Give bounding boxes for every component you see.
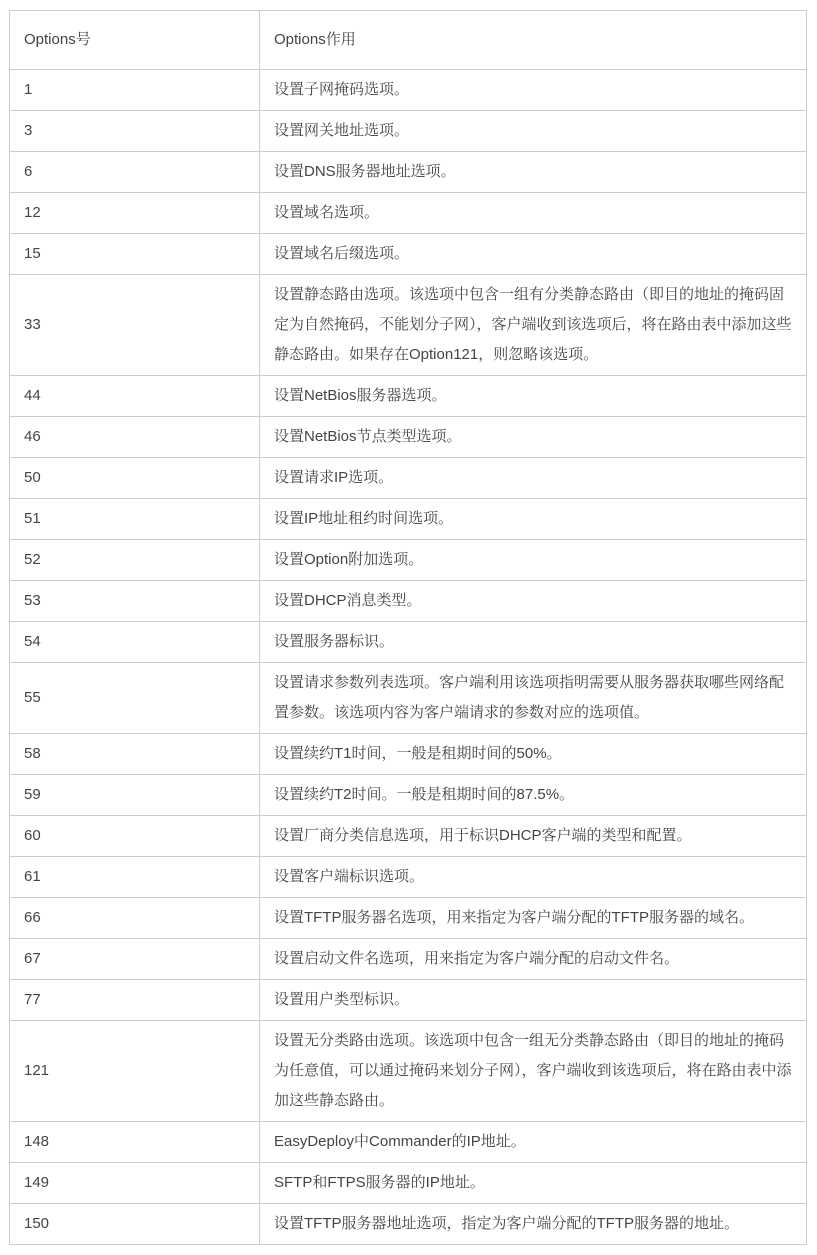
option-number-cell: 77 — [10, 980, 260, 1021]
option-description-cell: 设置DHCP消息类型。 — [260, 581, 807, 622]
option-description-cell: 设置用户类型标识。 — [260, 980, 807, 1021]
table-row: 44设置NetBios服务器选项。 — [10, 376, 807, 417]
table-row: 67设置启动文件名选项，用来指定为客户端分配的启动文件名。 — [10, 939, 807, 980]
option-description-cell: 设置TFTP服务器名选项，用来指定为客户端分配的TFTP服务器的域名。 — [260, 898, 807, 939]
table-row: 59设置续约T2时间。一般是租期时间的87.5%。 — [10, 775, 807, 816]
option-number-cell: 44 — [10, 376, 260, 417]
option-number-cell: 46 — [10, 417, 260, 458]
option-number-cell: 52 — [10, 540, 260, 581]
table-row: 77设置用户类型标识。 — [10, 980, 807, 1021]
option-description-cell: 设置静态路由选项。该选项中包含一组有分类静态路由（即目的地址的掩码固定为自然掩码… — [260, 275, 807, 376]
option-description-cell: 设置网关地址选项。 — [260, 111, 807, 152]
table-row: 149SFTP和FTPS服务器的IP地址。 — [10, 1163, 807, 1204]
option-description-cell: EasyDeploy中Commander的IP地址。 — [260, 1122, 807, 1163]
table-row: 54设置服务器标识。 — [10, 622, 807, 663]
table-row: 15设置域名后缀选项。 — [10, 234, 807, 275]
option-number-cell: 148 — [10, 1122, 260, 1163]
option-number-cell: 55 — [10, 663, 260, 734]
option-description-cell: 设置NetBios服务器选项。 — [260, 376, 807, 417]
option-description-cell: 设置厂商分类信息选项，用于标识DHCP客户端的类型和配置。 — [260, 816, 807, 857]
table-row: 6设置DNS服务器地址选项。 — [10, 152, 807, 193]
option-description-cell: 设置域名后缀选项。 — [260, 234, 807, 275]
option-number-cell: 54 — [10, 622, 260, 663]
option-number-cell: 12 — [10, 193, 260, 234]
table-row: 46设置NetBios节点类型选项。 — [10, 417, 807, 458]
option-description-cell: 设置请求IP选项。 — [260, 458, 807, 499]
table-row: 121设置无分类路由选项。该选项中包含一组无分类静态路由（即目的地址的掩码为任意… — [10, 1021, 807, 1122]
dhcp-options-table: Options号 Options作用 1设置子网掩码选项。3设置网关地址选项。6… — [9, 10, 807, 1245]
option-number-cell: 15 — [10, 234, 260, 275]
option-number-cell: 3 — [10, 111, 260, 152]
table-row: 51设置IP地址租约时间选项。 — [10, 499, 807, 540]
table-row: 53设置DHCP消息类型。 — [10, 581, 807, 622]
option-description-cell: 设置NetBios节点类型选项。 — [260, 417, 807, 458]
table-row: 58设置续约T1时间，一般是租期时间的50%。 — [10, 734, 807, 775]
table-row: 50设置请求IP选项。 — [10, 458, 807, 499]
table-row: 61设置客户端标识选项。 — [10, 857, 807, 898]
option-description-cell: 设置续约T1时间，一般是租期时间的50%。 — [260, 734, 807, 775]
option-description-cell: 设置服务器标识。 — [260, 622, 807, 663]
column-header-options-function: Options作用 — [260, 11, 807, 70]
option-number-cell: 51 — [10, 499, 260, 540]
option-number-cell: 1 — [10, 70, 260, 111]
option-description-cell: 设置域名选项。 — [260, 193, 807, 234]
table-row: 52设置Option附加选项。 — [10, 540, 807, 581]
option-description-cell: 设置请求参数列表选项。客户端利用该选项指明需要从服务器获取哪些网络配置参数。该选… — [260, 663, 807, 734]
table-row: 55设置请求参数列表选项。客户端利用该选项指明需要从服务器获取哪些网络配置参数。… — [10, 663, 807, 734]
option-description-cell: 设置子网掩码选项。 — [260, 70, 807, 111]
table-row: 12设置域名选项。 — [10, 193, 807, 234]
option-number-cell: 59 — [10, 775, 260, 816]
table-row: 150设置TFTP服务器地址选项，指定为客户端分配的TFTP服务器的地址。 — [10, 1204, 807, 1245]
table-row: 33设置静态路由选项。该选项中包含一组有分类静态路由（即目的地址的掩码固定为自然… — [10, 275, 807, 376]
option-number-cell: 149 — [10, 1163, 260, 1204]
option-number-cell: 50 — [10, 458, 260, 499]
option-description-cell: 设置客户端标识选项。 — [260, 857, 807, 898]
option-description-cell: 设置DNS服务器地址选项。 — [260, 152, 807, 193]
option-description-cell: 设置启动文件名选项，用来指定为客户端分配的启动文件名。 — [260, 939, 807, 980]
table-row: 66设置TFTP服务器名选项，用来指定为客户端分配的TFTP服务器的域名。 — [10, 898, 807, 939]
table-row: 1设置子网掩码选项。 — [10, 70, 807, 111]
option-description-cell: 设置TFTP服务器地址选项，指定为客户端分配的TFTP服务器的地址。 — [260, 1204, 807, 1245]
option-description-cell: 设置Option附加选项。 — [260, 540, 807, 581]
document-page: Options号 Options作用 1设置子网掩码选项。3设置网关地址选项。6… — [0, 0, 817, 1255]
table-header-row: Options号 Options作用 — [10, 11, 807, 70]
option-number-cell: 121 — [10, 1021, 260, 1122]
option-number-cell: 58 — [10, 734, 260, 775]
option-number-cell: 66 — [10, 898, 260, 939]
option-number-cell: 67 — [10, 939, 260, 980]
option-number-cell: 60 — [10, 816, 260, 857]
option-description-cell: 设置续约T2时间。一般是租期时间的87.5%。 — [260, 775, 807, 816]
option-number-cell: 61 — [10, 857, 260, 898]
option-description-cell: SFTP和FTPS服务器的IP地址。 — [260, 1163, 807, 1204]
option-number-cell: 33 — [10, 275, 260, 376]
table-row: 148EasyDeploy中Commander的IP地址。 — [10, 1122, 807, 1163]
option-description-cell: 设置无分类路由选项。该选项中包含一组无分类静态路由（即目的地址的掩码为任意值，可… — [260, 1021, 807, 1122]
table-row: 3设置网关地址选项。 — [10, 111, 807, 152]
column-header-options-number: Options号 — [10, 11, 260, 70]
options-table-body: 1设置子网掩码选项。3设置网关地址选项。6设置DNS服务器地址选项。12设置域名… — [10, 70, 807, 1245]
option-description-cell: 设置IP地址租约时间选项。 — [260, 499, 807, 540]
table-row: 60设置厂商分类信息选项，用于标识DHCP客户端的类型和配置。 — [10, 816, 807, 857]
option-number-cell: 6 — [10, 152, 260, 193]
option-number-cell: 150 — [10, 1204, 260, 1245]
option-number-cell: 53 — [10, 581, 260, 622]
